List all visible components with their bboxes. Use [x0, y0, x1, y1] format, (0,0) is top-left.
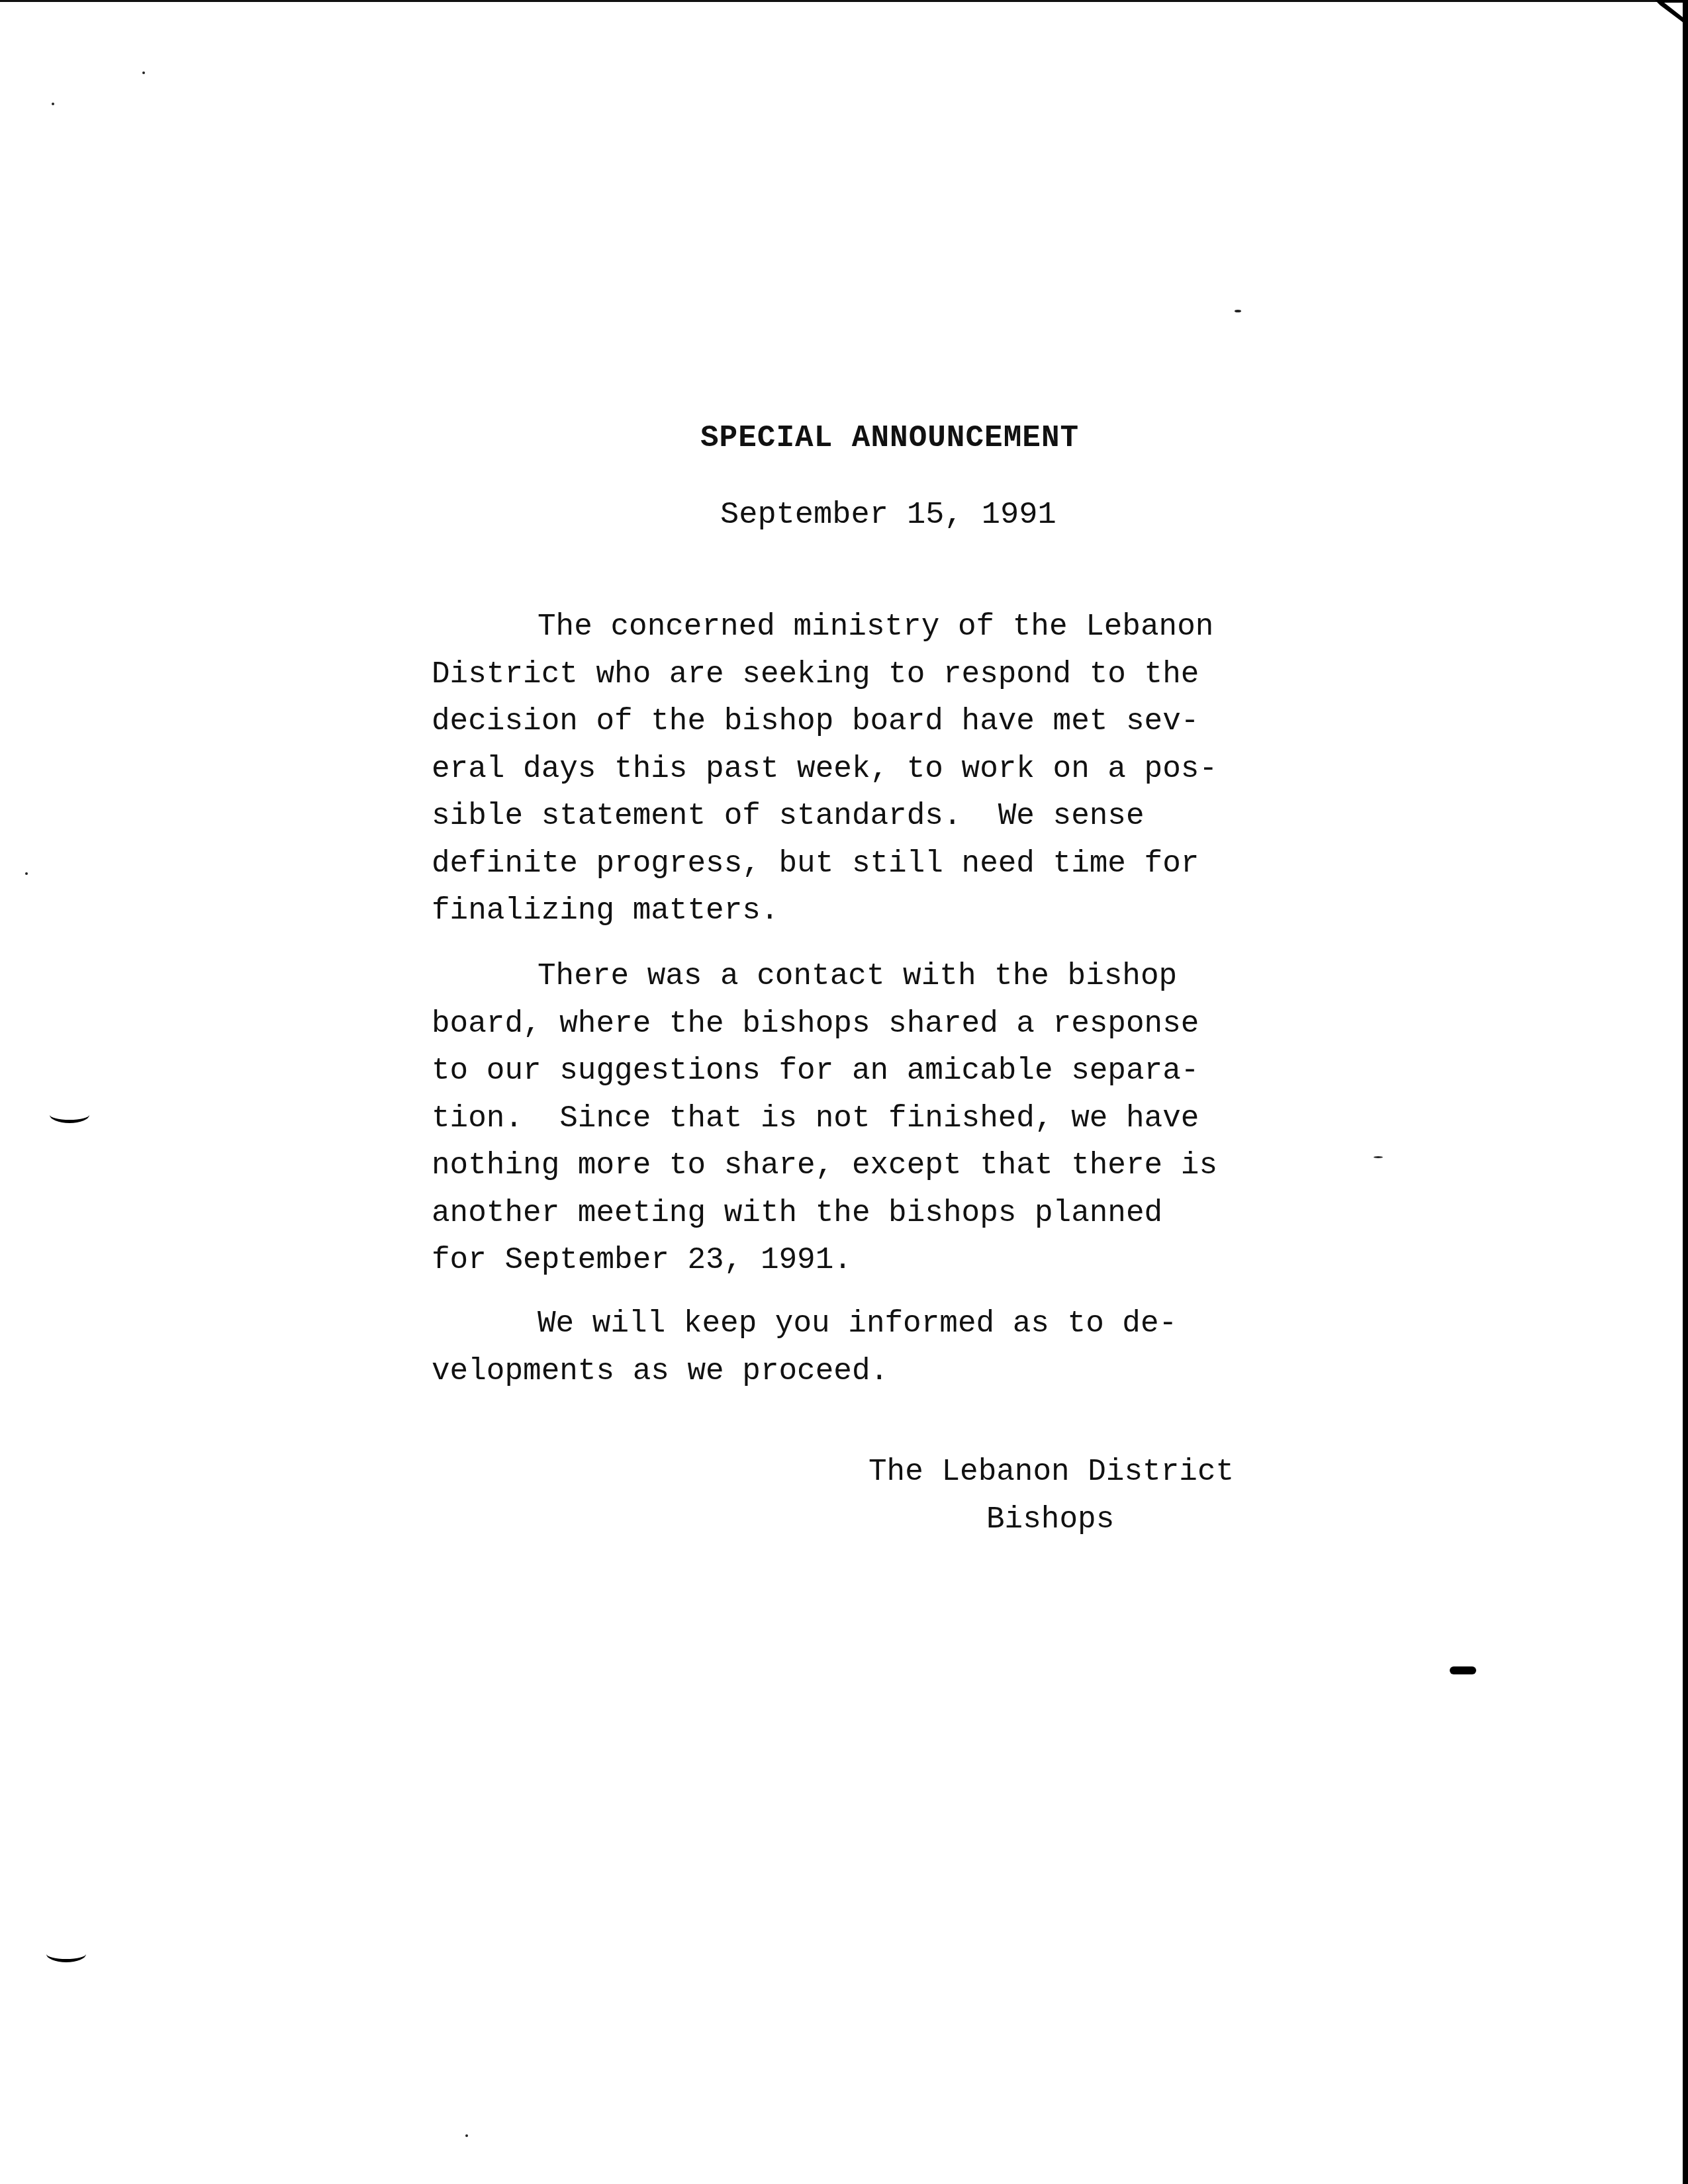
- paragraph-3: We will keep you informed as to de- velo…: [432, 1300, 1358, 1395]
- paragraph-line: definite progress, but still need time f…: [432, 841, 1358, 888]
- announcement-heading: SPECIAL ANNOUNCEMENT: [700, 421, 1079, 455]
- paragraph-line: for September 23, 1991.: [432, 1237, 1358, 1285]
- hole-punch-shadow-mark: [50, 1107, 89, 1123]
- scan-speck: [142, 71, 145, 74]
- paragraph-line: District who are seeking to respond to t…: [432, 651, 1358, 699]
- paragraph-line: sible statement of standards. We sense: [432, 793, 1358, 841]
- scan-speck: [1235, 310, 1241, 312]
- scan-speck: [25, 872, 28, 875]
- paragraph-line: finalizing matters.: [432, 887, 1358, 935]
- paragraph-line: velopments as we proceed.: [432, 1348, 1358, 1396]
- paragraph-line: decision of the bishop board have met se…: [432, 698, 1358, 746]
- scan-speck: [1374, 1156, 1383, 1158]
- paragraph-line: to our suggestions for an amicable separ…: [432, 1048, 1358, 1095]
- corner-fold-mark: [1642, 0, 1688, 26]
- scan-speck: [465, 2134, 468, 2137]
- paragraph-line: board, where the bishops shared a respon…: [432, 1001, 1358, 1048]
- page-right-edge: [1683, 0, 1688, 2184]
- paragraph-line: another meeting with the bishops planned: [432, 1190, 1358, 1238]
- signature-line-1: The Lebanon District: [868, 1448, 1234, 1496]
- scan-speck: [52, 103, 54, 105]
- paragraph-line: tion. Since that is not finished, we hav…: [432, 1095, 1358, 1143]
- ink-blot-mark: [1450, 1666, 1476, 1674]
- signature-line-2: Bishops: [868, 1496, 1234, 1543]
- paragraph-1: The concerned ministry of the Lebanon Di…: [432, 604, 1358, 935]
- paragraph-line: eral days this past week, to work on a p…: [432, 746, 1358, 794]
- signature-block: The Lebanon District Bishops: [868, 1448, 1234, 1543]
- page-top-edge: [0, 0, 1668, 2]
- announcement-date: September 15, 1991: [720, 498, 1056, 533]
- scanned-page: SPECIAL ANNOUNCEMENT September 15, 1991 …: [0, 0, 1688, 2184]
- paragraph-line: There was a contact with the bishop: [432, 953, 1358, 1001]
- paragraph-line: The concerned ministry of the Lebanon: [432, 604, 1358, 651]
- paragraph-line: We will keep you informed as to de-: [432, 1300, 1358, 1348]
- paragraph-2: There was a contact with the bishop boar…: [432, 953, 1358, 1285]
- hole-punch-shadow-mark: [46, 1946, 86, 1962]
- paragraph-line: nothing more to share, except that there…: [432, 1142, 1358, 1190]
